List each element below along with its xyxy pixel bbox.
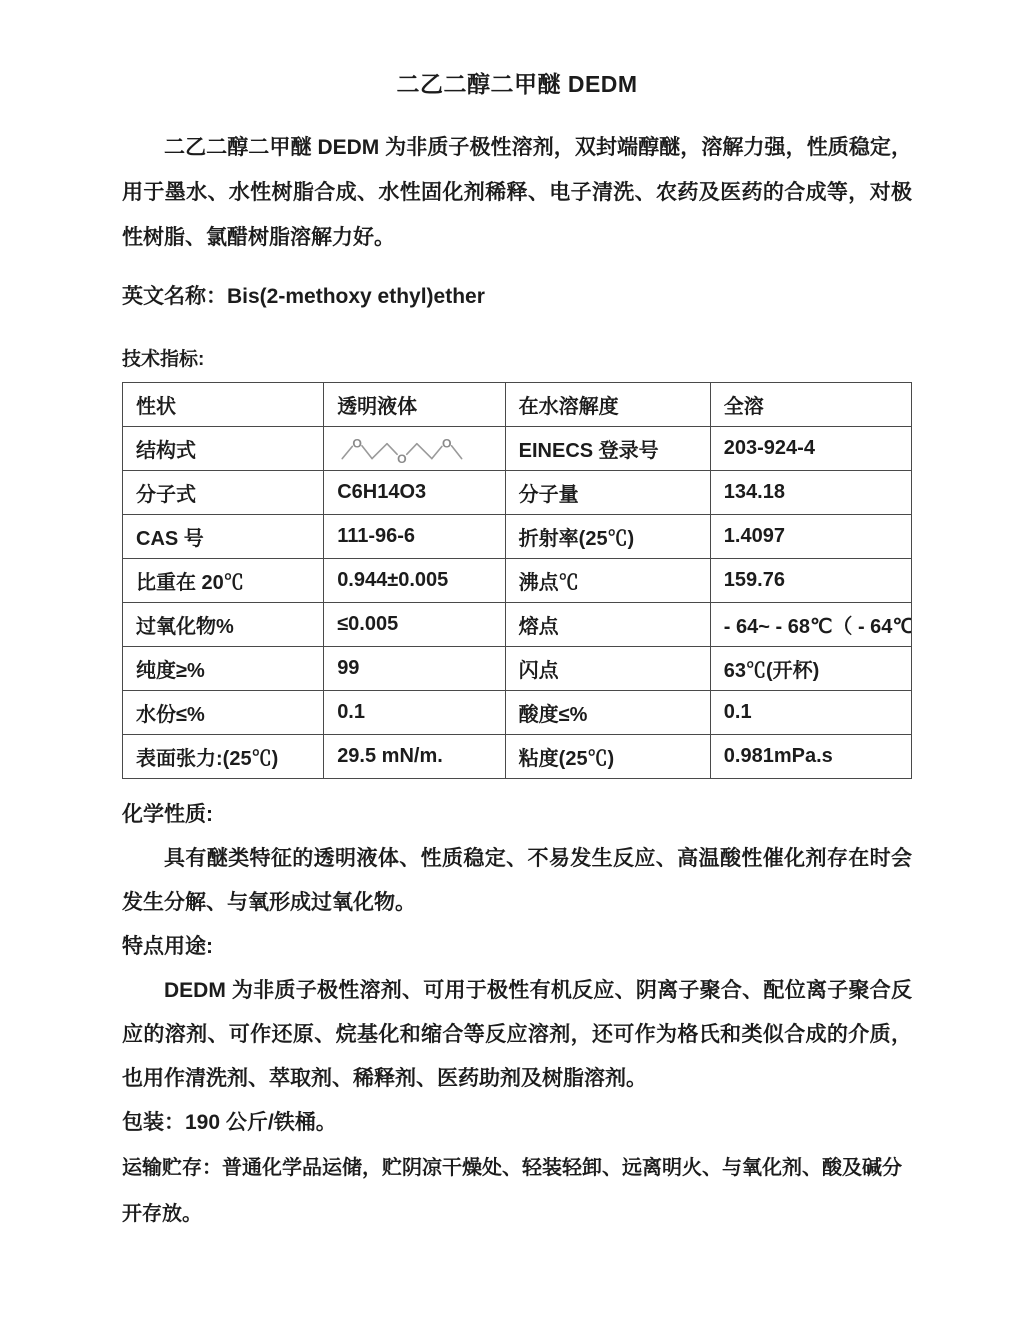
spec-value-cell: 0.981mPa.s	[710, 735, 911, 779]
english-name-line: 英文名称：Bis(2-methoxy ethyl)ether	[122, 274, 912, 319]
structural-formula-drawing: O O O	[337, 433, 469, 465]
spec-table-row: CAS 号111-96-6折射率(25℃)1.4097	[123, 515, 912, 559]
features-heading: 特点用途:	[122, 925, 912, 969]
spec-label-cell: CAS 号	[123, 515, 324, 559]
spec-label-cell: 结构式	[123, 427, 324, 471]
spec-table-row: 过氧化物%≤0.005熔点- 64~ - 68℃（ - 64℃）	[123, 603, 912, 647]
spec-table: 性状透明液体在水溶解度全溶结构式 O O O EINECS 登录号203-924…	[122, 382, 912, 779]
spec-value-cell: 0.1	[710, 691, 911, 735]
spec-label-cell: 水份≤%	[123, 691, 324, 735]
storage-line: 运输贮存：普通化学品运储，贮阴凉干燥处、轻装轻卸、远离明火、与氧化剂、酸及碱分开…	[122, 1145, 912, 1237]
page-title: 二乙二醇二甲醚 DEDM	[122, 66, 912, 99]
storage-value: 普通化学品运储，贮阴凉干燥处、轻装轻卸、远离明火、与氧化剂、酸及碱分开存放。	[122, 1157, 902, 1225]
oxygen-atom-label: O	[353, 436, 363, 450]
spec-value-cell: - 64~ - 68℃（ - 64℃）	[710, 603, 911, 647]
spec-value-cell: 1.4097	[710, 515, 911, 559]
spec-table-row: 性状透明液体在水溶解度全溶	[123, 383, 912, 427]
storage-label: 运输贮存：	[122, 1157, 222, 1179]
spec-label-cell: 粘度(25℃)	[505, 735, 710, 779]
chemical-properties-heading: 化学性质:	[122, 793, 912, 837]
spec-value-cell: 159.76	[710, 559, 911, 603]
spec-label-cell: 熔点	[505, 603, 710, 647]
intro-paragraph: 二乙二醇二甲醚 DEDM 为非质子极性溶剂，双封端醇醚，溶解力强，性质稳定，用于…	[122, 125, 912, 260]
spec-value-cell: 全溶	[710, 383, 911, 427]
packaging-line: 包装：190 公斤/铁桶。	[122, 1101, 912, 1145]
spec-value-cell: 63℃(开杯)	[710, 647, 911, 691]
oxygen-atom-label: O	[442, 436, 452, 450]
spec-value-cell: 99	[324, 647, 505, 691]
english-name-value: Bis(2-methoxy ethyl)ether	[227, 285, 485, 308]
spec-value-cell: 0.944±0.005	[324, 559, 505, 603]
spec-label-cell: 比重在 20℃	[123, 559, 324, 603]
spec-heading: 技术指标:	[122, 340, 912, 380]
structure-formula-cell: O O O	[324, 427, 505, 471]
chemical-properties-paragraph: 具有醚类特征的透明液体、性质稳定、不易发生反应、高温酸性催化剂存在时会发生分解、…	[122, 837, 912, 925]
spec-label-cell: 纯度≥%	[123, 647, 324, 691]
spec-table-row: 结构式 O O O EINECS 登录号203-924-4	[123, 427, 912, 471]
spec-value-cell: C6H14O3	[324, 471, 505, 515]
spec-table-row: 纯度≥%99闪点63℃(开杯)	[123, 647, 912, 691]
spec-label-cell: 分子式	[123, 471, 324, 515]
spec-label-cell: EINECS 登录号	[505, 427, 710, 471]
english-name-label: 英文名称：	[122, 285, 227, 308]
features-paragraph: DEDM 为非质子极性溶剂、可用于极性有机反应、阴离子聚合、配位离子聚合反应的溶…	[122, 969, 912, 1101]
spec-value-cell: 透明液体	[324, 383, 505, 427]
spec-label-cell: 表面张力:(25℃)	[123, 735, 324, 779]
spec-value-cell: ≤0.005	[324, 603, 505, 647]
packaging-value: 190 公斤/铁桶。	[185, 1111, 337, 1134]
spec-label-cell: 在水溶解度	[505, 383, 710, 427]
spec-label-cell: 性状	[123, 383, 324, 427]
spec-value-cell: 111-96-6	[324, 515, 505, 559]
text-sections: 化学性质: 具有醚类特征的透明液体、性质稳定、不易发生反应、高温酸性催化剂存在时…	[122, 793, 912, 1237]
spec-table-row: 水份≤%0.1酸度≤%0.1	[123, 691, 912, 735]
spec-value-cell: 0.1	[324, 691, 505, 735]
spec-label-cell: 闪点	[505, 647, 710, 691]
spec-label-cell: 折射率(25℃)	[505, 515, 710, 559]
spec-label-cell: 分子量	[505, 471, 710, 515]
oxygen-atom-label: O	[397, 451, 407, 464]
document-page: 二乙二醇二甲醚 DEDM 二乙二醇二甲醚 DEDM 为非质子极性溶剂，双封端醇醚…	[0, 0, 1024, 1325]
spec-label-cell: 酸度≤%	[505, 691, 710, 735]
spec-table-row: 比重在 20℃0.944±0.005沸点℃159.76	[123, 559, 912, 603]
spec-table-row: 分子式C6H14O3分子量134.18	[123, 471, 912, 515]
spec-label-cell: 沸点℃	[505, 559, 710, 603]
spec-value-cell: 134.18	[710, 471, 911, 515]
spec-table-row: 表面张力:(25℃)29.5 mN/m.粘度(25℃)0.981mPa.s	[123, 735, 912, 779]
spec-value-cell: 203-924-4	[710, 427, 911, 471]
packaging-label: 包装：	[122, 1111, 185, 1134]
spec-value-cell: 29.5 mN/m.	[324, 735, 505, 779]
spec-label-cell: 过氧化物%	[123, 603, 324, 647]
